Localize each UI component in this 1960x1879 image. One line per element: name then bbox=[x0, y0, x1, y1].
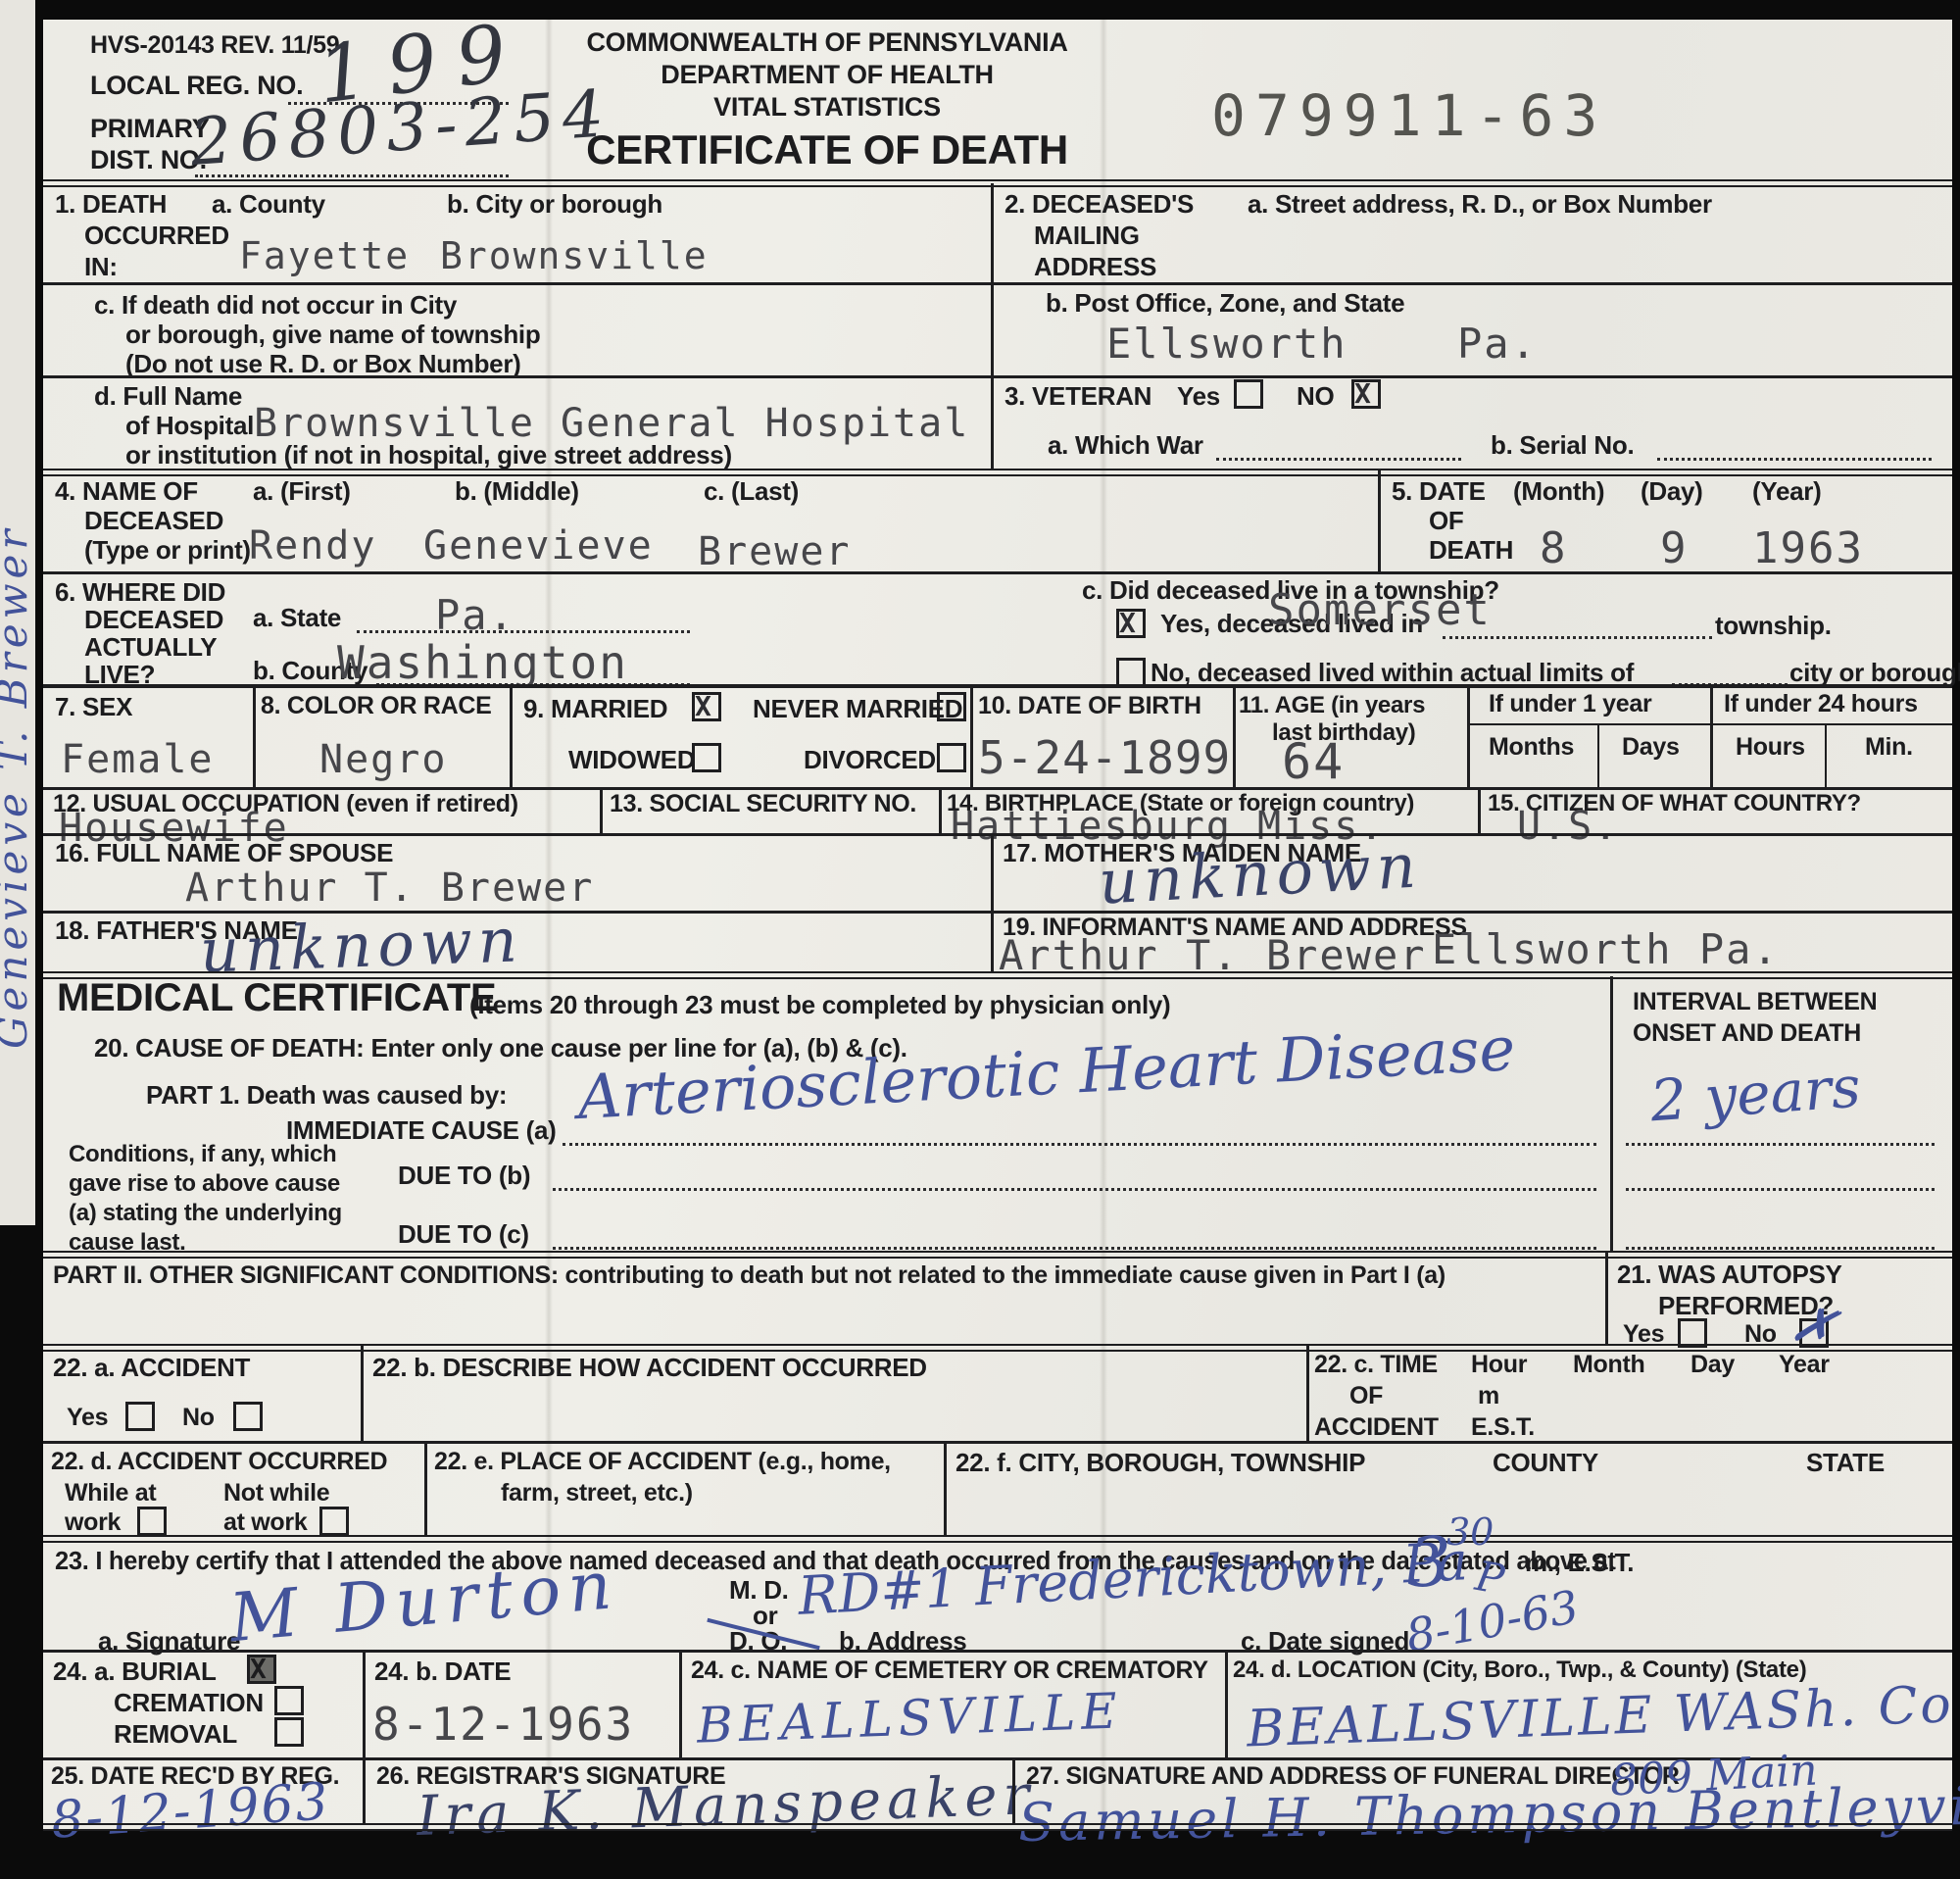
conditions-label: Conditions, if any, which bbox=[69, 1141, 336, 1168]
death-year-label: (Year) bbox=[1752, 476, 1821, 507]
county-residence-value[interactable]: Washington bbox=[337, 636, 628, 689]
cemetery-location-label: 24. d. LOCATION (City, Boro., Twp., & Co… bbox=[1233, 1656, 1806, 1684]
interval-label: ONSET AND DEATH bbox=[1633, 1019, 1861, 1048]
s1d-label: or institution (if not in hospital, give… bbox=[125, 440, 732, 470]
field-veteran: 3. VETERAN Yes NO X a. Which War b. Seri… bbox=[991, 379, 1952, 469]
divider bbox=[1610, 976, 1613, 1251]
physician-address[interactable]: RD#1 Fredericktown, Pa bbox=[797, 1530, 1470, 1627]
field-age: 11. AGE (in years last birthday) 64 bbox=[1233, 688, 1467, 787]
local-reg-label: LOCAL REG. NO. bbox=[90, 71, 303, 101]
year-label: Year bbox=[1779, 1351, 1830, 1379]
accident-state-label: STATE bbox=[1806, 1448, 1885, 1478]
township-no-checkbox[interactable] bbox=[1116, 658, 1146, 687]
county-label: a. County bbox=[212, 189, 325, 220]
field-burial-date: 24. b. DATE 8-12-1963 bbox=[363, 1653, 679, 1757]
state-line bbox=[357, 630, 690, 633]
interval-a-line bbox=[1626, 1143, 1935, 1146]
divider bbox=[679, 1650, 682, 1757]
divider bbox=[1478, 787, 1481, 833]
medical-certificate-section: MEDICAL CERTIFICATE (Items 20 through 23… bbox=[43, 976, 1952, 1251]
s5-label: DEATH bbox=[1429, 535, 1513, 566]
post-office-state-value[interactable]: Pa. bbox=[1457, 320, 1538, 368]
immediate-cause-line bbox=[563, 1143, 1596, 1146]
s6-label: 6. WHERE DID bbox=[55, 577, 225, 608]
accident-no-label: No bbox=[182, 1404, 215, 1432]
dist-label: DIST. NO. bbox=[90, 145, 207, 175]
divider bbox=[991, 833, 994, 971]
county-value[interactable]: Fayette bbox=[239, 234, 410, 277]
field-certification: 23. I hereby certify that I attended the… bbox=[43, 1540, 1952, 1650]
month-label: Month bbox=[1573, 1351, 1644, 1379]
divider bbox=[1605, 1253, 1608, 1344]
accident-yes-checkbox[interactable] bbox=[125, 1402, 155, 1431]
dob-label: 10. DATE OF BIRTH bbox=[978, 692, 1201, 720]
state-label: a. State bbox=[253, 603, 341, 633]
last-name-label: c. (Last) bbox=[704, 476, 799, 507]
while-at-label: While at bbox=[65, 1479, 156, 1508]
s5-label: OF bbox=[1429, 506, 1464, 536]
rule bbox=[43, 282, 1952, 285]
field-age-under-1-year: If under 1 year Months Days bbox=[1467, 688, 1710, 787]
accident-occurred-label: 22. d. ACCIDENT OCCURRED bbox=[51, 1448, 387, 1476]
rule bbox=[1710, 723, 1952, 725]
sex-label: 7. SEX bbox=[55, 692, 132, 722]
death-month-value[interactable]: 8 bbox=[1540, 523, 1568, 573]
s1-label: 1. DEATH bbox=[55, 189, 167, 220]
field-spouse: 16. FULL NAME OF SPOUSE Arthur T. Brewer bbox=[43, 836, 991, 911]
part2-section: PART II. OTHER SIGNIFICANT CONDITIONS: c… bbox=[43, 1256, 1952, 1344]
medical-subtitle: (Items 20 through 23 must be completed b… bbox=[469, 990, 1170, 1020]
city-label: b. City or borough bbox=[447, 189, 662, 220]
last-name-value[interactable]: Brewer bbox=[698, 529, 852, 574]
burial-checkbox[interactable]: X bbox=[247, 1655, 276, 1684]
under-1-year-label: If under 1 year bbox=[1489, 690, 1651, 718]
interval-b-line bbox=[1626, 1188, 1935, 1191]
autopsy-label: 21. WAS AUTOPSY bbox=[1617, 1260, 1842, 1290]
months-label: Months bbox=[1489, 733, 1574, 762]
informant-address-value[interactable]: Ellsworth Pa. bbox=[1432, 925, 1780, 973]
agency-block: COMMONWEALTH OF PENNSYLVANIA DEPARTMENT … bbox=[553, 27, 1102, 173]
rule bbox=[43, 1823, 1952, 1831]
not-while-label: Not while bbox=[223, 1479, 329, 1508]
s4-label: 4. NAME OF bbox=[55, 476, 198, 507]
s1-label: OCCURRED bbox=[84, 221, 229, 251]
never-married-label: NEVER MARRIED bbox=[753, 694, 962, 724]
field-occupation: 12. USUAL OCCUPATION (even if retired) H… bbox=[43, 790, 600, 833]
s2-label: MAILING bbox=[1034, 221, 1140, 251]
cemetery-location-value[interactable]: BEALLSVILLE WASh. Co PA. bbox=[1246, 1671, 1960, 1758]
rule bbox=[43, 571, 1952, 574]
field-funeral-director: 27. SIGNATURE AND ADDRESS OF FUNERAL DIR… bbox=[1012, 1760, 1952, 1823]
field-fathers-name: 18. FATHER'S NAME unknown bbox=[43, 914, 991, 971]
time-accident-label: 22. c. TIME bbox=[1314, 1351, 1438, 1379]
field-name-of-deceased: 4. NAME OF DECEASED (Type or print) a. (… bbox=[43, 472, 1378, 571]
veteran-no-label: NO bbox=[1297, 381, 1334, 412]
divider bbox=[1710, 684, 1713, 787]
s4-label: (Type or print) bbox=[84, 535, 251, 566]
interval-label: INTERVAL BETWEEN bbox=[1633, 988, 1877, 1016]
field-registrar-signature: 26. REGISTRAR'S SIGNATURE Ira K. Manspea… bbox=[363, 1760, 1012, 1823]
m-label: m bbox=[1478, 1382, 1499, 1410]
s2-label: 2. DECEASED'S bbox=[1004, 189, 1194, 220]
field-mothers-maiden-name: 17. MOTHER'S MAIDEN NAME unknown bbox=[991, 836, 1952, 911]
age-value[interactable]: 64 bbox=[1282, 733, 1345, 790]
vital-line: VITAL STATISTICS bbox=[553, 92, 1102, 123]
est-label: E.S.T. bbox=[1471, 1413, 1535, 1442]
hours-label: Hours bbox=[1736, 733, 1805, 762]
field-time-of-accident: 22. c. TIME Hour Month Day Year OF m ACC… bbox=[1306, 1349, 1952, 1441]
due-to-c-line bbox=[553, 1247, 1596, 1250]
accident-no-checkbox[interactable] bbox=[233, 1402, 263, 1431]
describe-accident-label: 22. b. DESCRIBE HOW ACCIDENT OCCURRED bbox=[372, 1353, 927, 1383]
accident-city-label: 22. f. CITY, BOROUGH, TOWNSHIP bbox=[955, 1448, 1365, 1478]
s6-label: ACTUALLY bbox=[84, 632, 217, 663]
divorced-checkbox[interactable] bbox=[937, 743, 966, 772]
cemetery-label: 24. c. NAME OF CEMETERY OR CREMATORY bbox=[691, 1656, 1208, 1685]
s1c-label: or borough, give name of township bbox=[125, 320, 540, 350]
divider bbox=[1306, 1346, 1309, 1441]
s5-label: 5. DATE bbox=[1392, 476, 1486, 507]
field-marital-status: 9. MARRIED X NEVER MARRIED WIDOWED DIVOR… bbox=[510, 688, 970, 787]
part1-label: PART 1. Death was caused by: bbox=[146, 1080, 507, 1111]
accident-county-label: COUNTY bbox=[1493, 1448, 1598, 1478]
divider bbox=[970, 684, 973, 787]
divider bbox=[1378, 469, 1381, 571]
ssn-label: 13. SOCIAL SECURITY NO. bbox=[610, 790, 916, 818]
field-place-of-accident: 22. e. PLACE OF ACCIDENT (e.g., home, fa… bbox=[424, 1444, 944, 1535]
field-death-occurred-in: 1. DEATH OCCURRED IN: a. County Fayette … bbox=[43, 183, 991, 282]
days-label: Days bbox=[1622, 733, 1680, 762]
veteran-no-mark: X bbox=[1354, 377, 1371, 410]
s4-label: DECEASED bbox=[84, 506, 223, 536]
divider bbox=[600, 787, 603, 833]
while-at-work-checkbox[interactable] bbox=[137, 1507, 167, 1536]
while-at-label: work bbox=[65, 1508, 121, 1537]
day-label: Day bbox=[1690, 1351, 1735, 1379]
serial-no-label: b. Serial No. bbox=[1491, 430, 1634, 461]
removal-label: REMOVAL bbox=[114, 1719, 237, 1750]
first-name-label: a. (First) bbox=[253, 476, 351, 507]
department-line: DEPARTMENT OF HEALTH bbox=[553, 60, 1102, 90]
age-label: 11. AGE (in years bbox=[1239, 692, 1425, 719]
middle-name-label: b. (Middle) bbox=[455, 476, 579, 507]
race-value[interactable]: Negro bbox=[319, 737, 447, 782]
race-label: 8. COLOR OR RACE bbox=[261, 692, 492, 720]
rule bbox=[43, 375, 1952, 378]
divider bbox=[424, 1441, 427, 1535]
divider bbox=[1825, 723, 1827, 787]
divider bbox=[939, 787, 942, 833]
township-yes-mark: X bbox=[1119, 607, 1136, 639]
medical-title: MEDICAL CERTIFICATE bbox=[57, 976, 496, 1020]
divider bbox=[944, 1441, 947, 1535]
township-yes-checkbox[interactable]: X bbox=[1116, 609, 1146, 638]
veteran-yes-label: Yes bbox=[1177, 381, 1220, 412]
accident-label: 22. a. ACCIDENT bbox=[53, 1353, 250, 1383]
field-hospital-name: d. Full Name of Hospital Brownsville Gen… bbox=[43, 379, 991, 469]
due-to-c-label: DUE TO (c) bbox=[398, 1219, 529, 1250]
death-certificate: HVS-20143 REV. 11/59 LOCAL REG. NO. 199 … bbox=[43, 20, 1952, 1831]
widowed-label: WIDOWED bbox=[568, 745, 695, 775]
divider bbox=[1012, 1757, 1015, 1823]
which-war-label: a. Which War bbox=[1048, 430, 1203, 461]
state-value[interactable]: Pa. bbox=[435, 591, 515, 639]
form-number: HVS-20143 REV. 11/59 bbox=[90, 31, 339, 60]
not-while-label: at work bbox=[223, 1508, 307, 1537]
divider bbox=[253, 684, 256, 787]
field-disposition: 24. a. BURIAL X CREMATION REMOVAL bbox=[43, 1653, 363, 1757]
veteran-label: 3. VETERAN bbox=[1004, 381, 1151, 412]
page-title: CERTIFICATE OF DEATH bbox=[553, 126, 1102, 173]
interval-a-value[interactable]: 2 years bbox=[1648, 1054, 1863, 1135]
file-number-stamp: 079911-63 bbox=[1211, 82, 1607, 149]
divider bbox=[1467, 684, 1470, 787]
divider bbox=[1233, 684, 1236, 787]
interval-c-line bbox=[1626, 1247, 1935, 1250]
s1c-label: c. If death did not occur in City bbox=[94, 290, 457, 321]
divider bbox=[991, 183, 994, 469]
dob-value[interactable]: 5-24-1899 bbox=[978, 731, 1231, 784]
time-suffix-label: m., E.S.T. bbox=[1525, 1548, 1634, 1578]
not-while-at-work-checkbox[interactable] bbox=[319, 1507, 349, 1536]
field-describe-accident: 22. b. DESCRIBE HOW ACCIDENT OCCURRED bbox=[361, 1349, 1306, 1441]
divider bbox=[363, 1650, 366, 1757]
s2-label: ADDRESS bbox=[1034, 252, 1156, 282]
street-address-label: a. Street address, R. D., or Box Number bbox=[1248, 189, 1712, 220]
conditions-label: gave rise to above cause bbox=[69, 1170, 340, 1198]
burial-date-label: 24. b. DATE bbox=[374, 1656, 511, 1687]
field-accident: 22. a. ACCIDENT Yes No bbox=[43, 1349, 361, 1441]
burial-label: 24. a. BURIAL bbox=[53, 1656, 217, 1687]
field-age-under-24-hours: If under 24 hours Hours Min. bbox=[1710, 688, 1952, 787]
due-to-b-label: DUE TO (b) bbox=[398, 1161, 530, 1191]
field-accident-occurred: 22. d. ACCIDENT OCCURRED While at work N… bbox=[43, 1444, 424, 1535]
burial-mark: X bbox=[250, 1653, 267, 1685]
rule bbox=[1467, 723, 1710, 725]
spouse-label: 16. FULL NAME OF SPOUSE bbox=[55, 838, 393, 868]
part2-label: PART II. OTHER SIGNIFICANT CONDITIONS: c… bbox=[53, 1261, 1445, 1290]
field-township-note: c. If death did not occur in City or bor… bbox=[43, 286, 991, 375]
field-birthplace: 14. BIRTHPLACE (State or foreign country… bbox=[939, 790, 1478, 833]
township-value[interactable]: Somerset bbox=[1268, 585, 1492, 635]
field-date-of-death: 5. DATE OF DEATH (Month) (Day) (Year) 8 … bbox=[1378, 472, 1952, 571]
city-value[interactable]: Brownsville bbox=[440, 234, 709, 277]
divider bbox=[1597, 723, 1599, 787]
cremation-label: CREMATION bbox=[114, 1688, 264, 1718]
margin-handwriting: Genevieve T. Brewer bbox=[0, 245, 36, 1049]
field-cemetery-name: 24. c. NAME OF CEMETERY OR CREMATORY BEA… bbox=[679, 1653, 1225, 1757]
accident-yes-label: Yes bbox=[67, 1404, 108, 1432]
field-color-or-race: 8. COLOR OR RACE Negro bbox=[253, 688, 510, 787]
post-office-city-value[interactable]: Ellsworth bbox=[1106, 320, 1347, 368]
divorced-label: DIVORCED bbox=[804, 745, 936, 775]
sex-value[interactable]: Female bbox=[61, 737, 215, 782]
township-line bbox=[1443, 636, 1712, 639]
never-married-checkbox[interactable] bbox=[937, 692, 966, 721]
township-suffix-label: township. bbox=[1715, 611, 1832, 641]
post-office-label: b. Post Office, Zone, and State bbox=[1046, 288, 1404, 319]
field-citizenship: 15. CITIZEN OF WHAT COUNTRY? U.S. bbox=[1478, 790, 1952, 833]
field-deceased-mailing-address: 2. DECEASED'S MAILING ADDRESS a. Street … bbox=[991, 183, 1952, 282]
serial-no-line bbox=[1657, 458, 1932, 461]
min-label: Min. bbox=[1865, 733, 1913, 762]
field-residence: 6. WHERE DID DECEASED ACTUALLY LIVE? a. … bbox=[43, 575, 1952, 684]
middle-name-value[interactable]: Genevieve bbox=[423, 523, 654, 569]
commonwealth-line: COMMONWEALTH OF PENNSYLVANIA bbox=[553, 27, 1102, 58]
burial-date-value[interactable]: 8-12-1963 bbox=[372, 1698, 634, 1751]
married-checkbox[interactable]: X bbox=[692, 692, 721, 721]
married-label: 9. MARRIED bbox=[523, 694, 667, 724]
death-day-value[interactable]: 9 bbox=[1660, 523, 1689, 573]
field-cemetery-location: 24. d. LOCATION (City, Boro., Twp., & Co… bbox=[1225, 1653, 1952, 1757]
hour-label: Hour bbox=[1471, 1351, 1527, 1379]
divider bbox=[1225, 1650, 1228, 1757]
removal-checkbox[interactable] bbox=[274, 1717, 304, 1747]
header: HVS-20143 REV. 11/59 LOCAL REG. NO. 199 … bbox=[43, 20, 1952, 179]
time-accident-label: OF bbox=[1349, 1382, 1383, 1410]
spouse-value[interactable]: Arthur T. Brewer bbox=[185, 865, 594, 911]
under-24-hours-label: If under 24 hours bbox=[1724, 690, 1918, 718]
s6-label: DECEASED bbox=[84, 605, 223, 635]
divider bbox=[361, 1346, 364, 1441]
field-date-of-birth: 10. DATE OF BIRTH 5-24-1899 bbox=[970, 688, 1233, 787]
cemetery-value[interactable]: BEALLSVILLE bbox=[696, 1682, 1124, 1754]
field-informant: 19. INFORMANT'S NAME AND ADDRESS Arthur … bbox=[991, 914, 1952, 971]
place-of-accident-label: 22. e. PLACE OF ACCIDENT (e.g., home, bbox=[434, 1448, 891, 1476]
field-post-office: b. Post Office, Zone, and State Ellswort… bbox=[991, 286, 1952, 375]
first-name-value[interactable]: Rendy bbox=[249, 523, 376, 569]
which-war-line bbox=[1216, 458, 1461, 461]
cremation-checkbox[interactable] bbox=[274, 1686, 304, 1715]
conditions-label: (a) stating the underlying bbox=[69, 1200, 342, 1227]
field-ssn: 13. SOCIAL SECURITY NO. bbox=[600, 790, 939, 833]
s1d-label: of Hospital bbox=[125, 411, 254, 441]
place-of-accident-label: farm, street, etc.) bbox=[501, 1479, 693, 1508]
field-date-received: 25. DATE REC'D BY REG. 8-12-1963 bbox=[43, 1760, 363, 1823]
field-sex: 7. SEX Female bbox=[43, 688, 253, 787]
veteran-no-checkbox[interactable]: X bbox=[1351, 379, 1381, 409]
due-to-b-line bbox=[553, 1188, 1596, 1191]
time-accident-label: ACCIDENT bbox=[1314, 1413, 1439, 1442]
death-month-label: (Month) bbox=[1513, 476, 1604, 507]
divider bbox=[510, 684, 513, 787]
s1d-label: d. Full Name bbox=[94, 381, 242, 412]
death-year-value[interactable]: 1963 bbox=[1752, 523, 1864, 573]
immediate-cause-value[interactable]: Arteriosclerotic Heart Disease bbox=[576, 1013, 1517, 1133]
death-day-label: (Day) bbox=[1641, 476, 1703, 507]
divider bbox=[363, 1757, 366, 1823]
s1-label: IN: bbox=[84, 252, 118, 282]
veteran-yes-checkbox[interactable] bbox=[1234, 379, 1263, 409]
widowed-checkbox[interactable] bbox=[692, 743, 721, 772]
married-mark: X bbox=[695, 690, 711, 722]
